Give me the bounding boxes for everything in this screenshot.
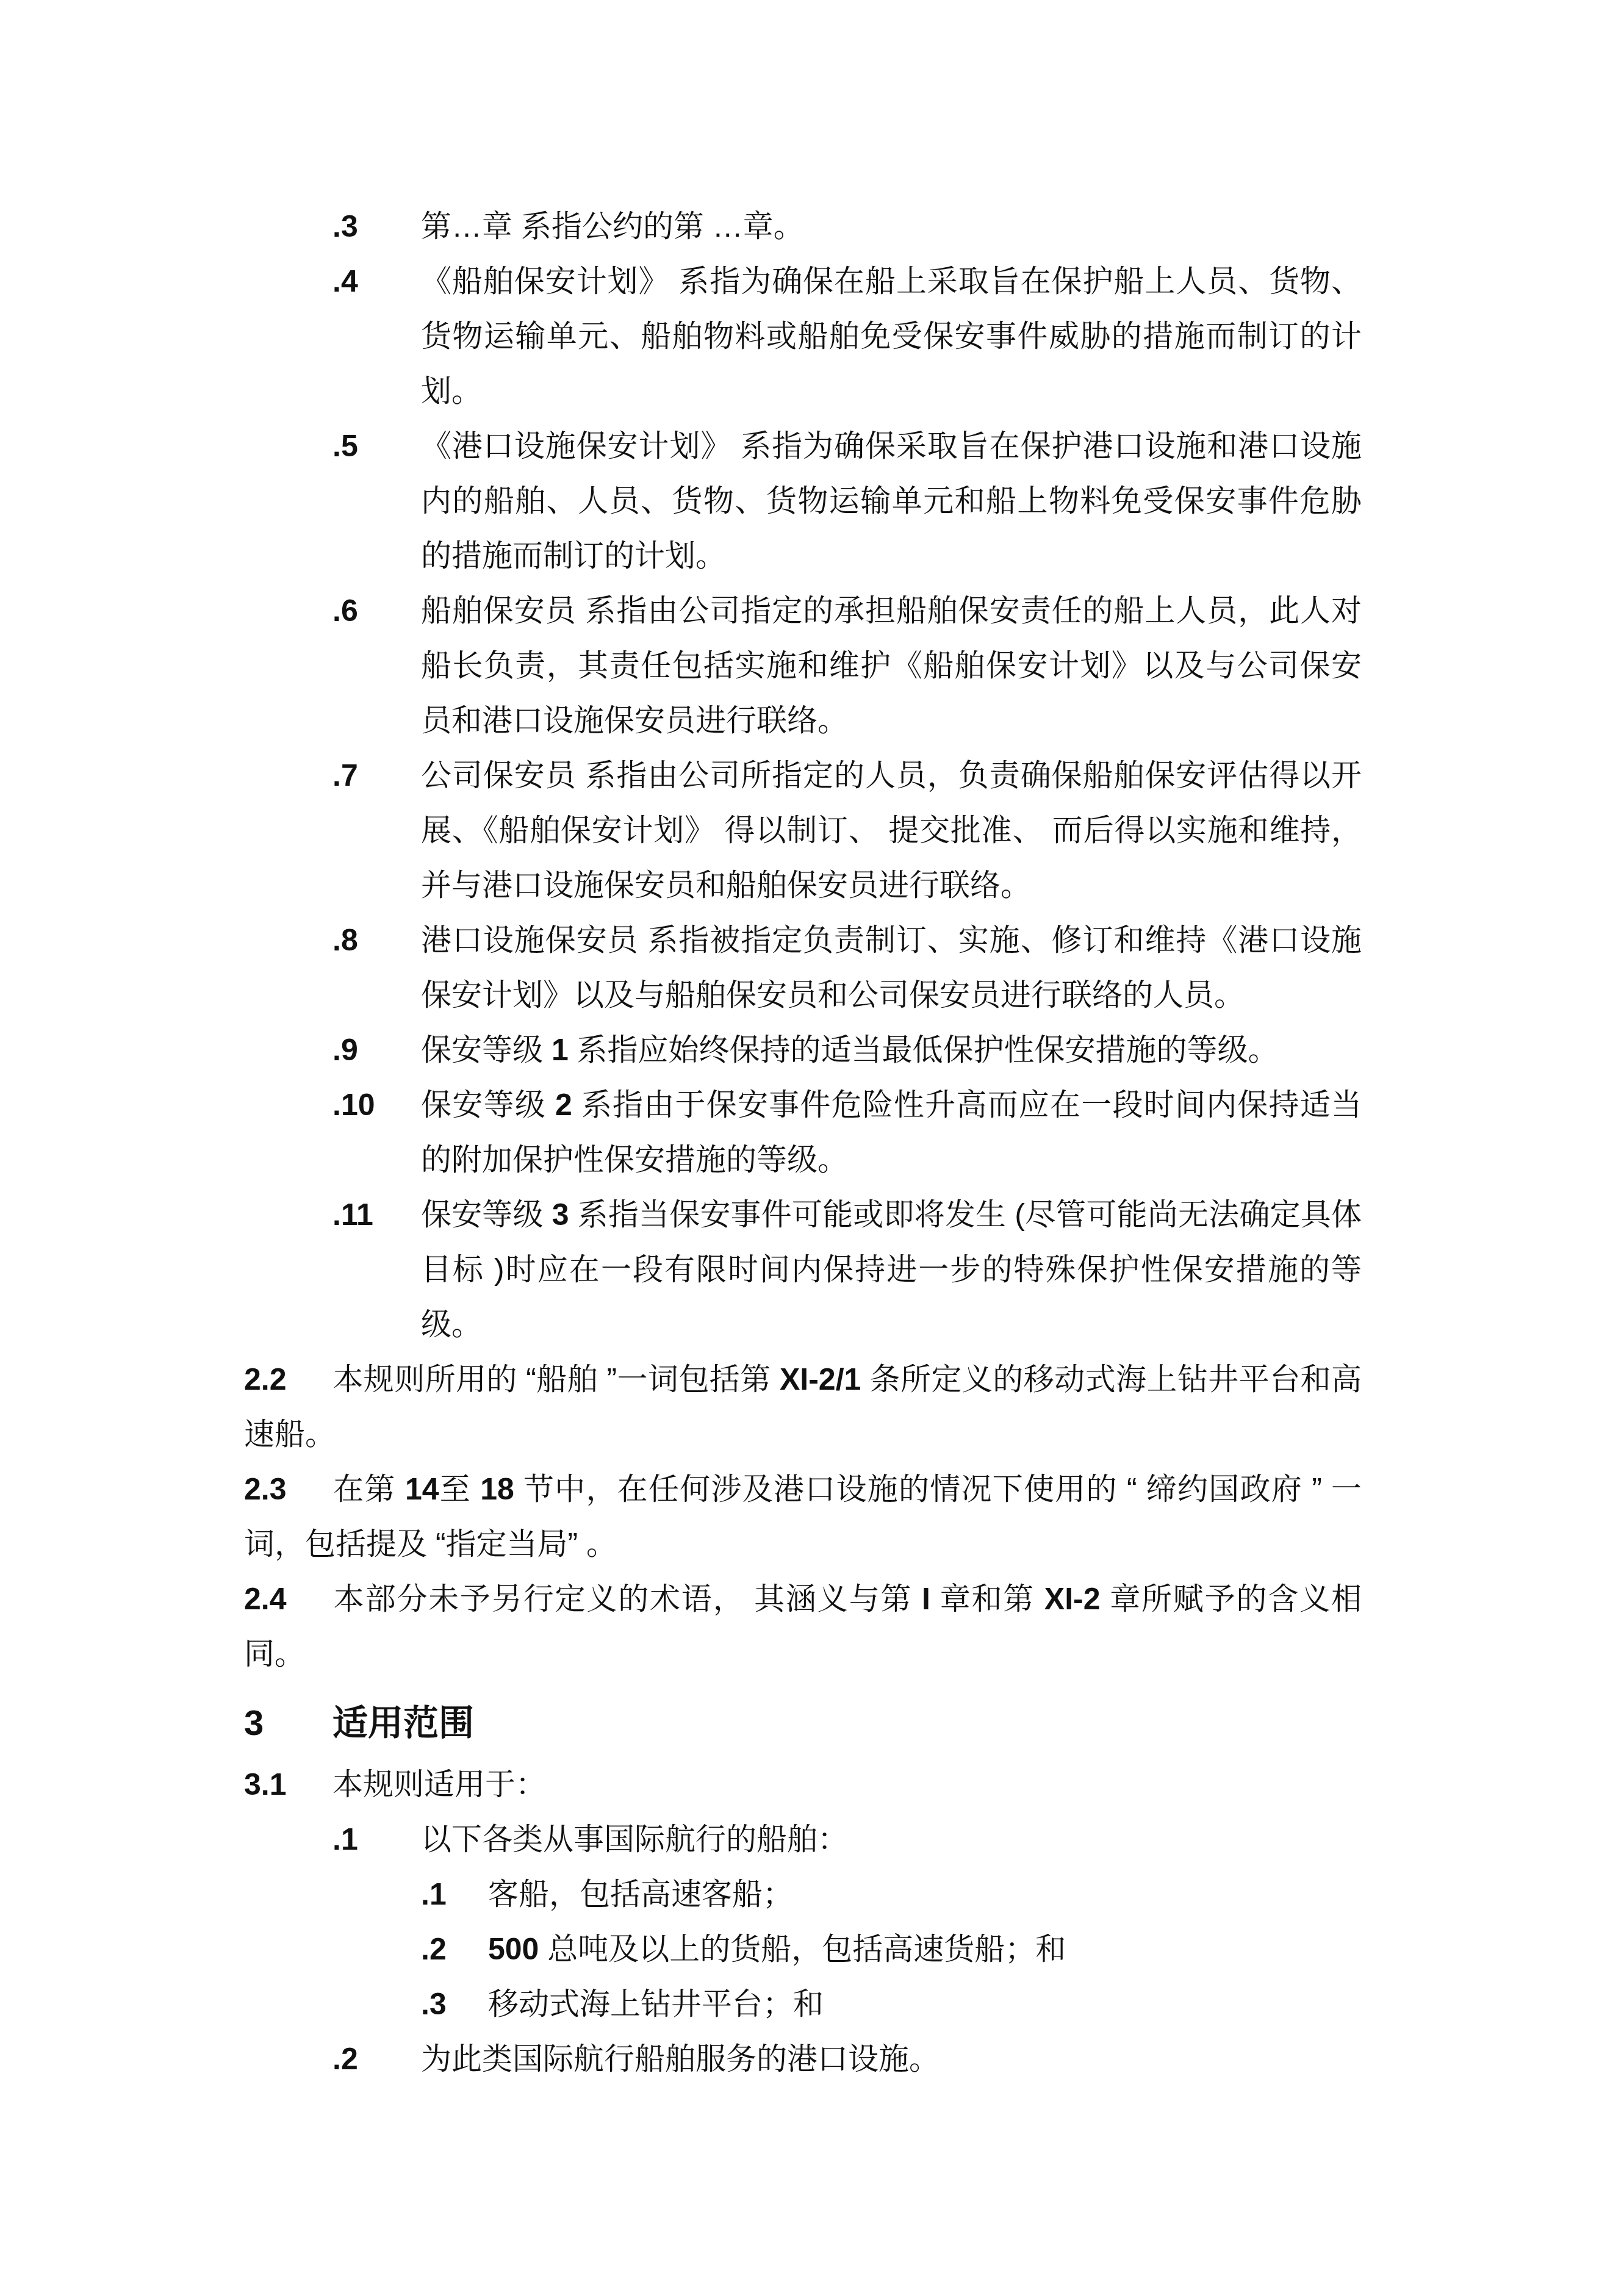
list-item-1: .1以下各类从事国际航行的船舶： [244, 1812, 1362, 1867]
list-item-2: .2为此类国际航行船舶服务的港口设施。 [244, 2031, 1362, 2086]
item-text: 保安等级 1 系指应始终保持的适当最低保护性保安措施的等级。 [421, 1033, 1279, 1067]
definition-item-8: .8港口设施保安员 系指被指定负责制订、实施、修订和维持《港口设施保安计划》以及… [244, 913, 1362, 1022]
definition-item-4: .4《船舶保安计划》 系指为确保在船上采取旨在保护船上人员、货物、货物运输单元、… [244, 254, 1362, 418]
section-heading-3: 3适用范围 [244, 1696, 1362, 1751]
item-number: .3 [332, 199, 358, 254]
item-number: .4 [332, 254, 358, 309]
item-text: 500 总吨及以上的货船，包括高速货船；和 [488, 1932, 1066, 1966]
item-number: .7 [332, 748, 358, 803]
item-text: 船舶保安员 系指由公司指定的承担船舶保安责任的船上人员，此人对船长负责，其责任包… [421, 594, 1362, 738]
item-number: .2 [332, 2031, 358, 2086]
item-number: .10 [332, 1077, 375, 1132]
paragraph-2-3: 2.3在第 14至 18 节中，在任何涉及港口设施的情况下使用的 “ 缔约国政府… [244, 1462, 1362, 1571]
definition-item-3: .3第…章 系指公约的第 …章。 [244, 199, 1362, 254]
section-number: 3 [244, 1696, 332, 1751]
item-text: 港口设施保安员 系指被指定负责制订、实施、修订和维持《港口设施保安计划》以及与船… [421, 923, 1362, 1012]
definition-item-11: .11保安等级 3 系指当保安事件可能或即将发生 (尽管可能尚无法确定具体目标 … [244, 1187, 1362, 1352]
paragraph-text: 本部分未予另行定义的术语， 其涵义与第 I 章和第 XI-2 章所赋予的含义相同… [244, 1582, 1362, 1671]
item-number: .2 [421, 1922, 447, 1977]
paragraph-2-4: 2.4本部分未予另行定义的术语， 其涵义与第 I 章和第 XI-2 章所赋予的含… [244, 1571, 1362, 1681]
sublist-item-1: .1客船，包括高速客船； [244, 1867, 1362, 1922]
definition-item-6: .6船舶保安员 系指由公司指定的承担船舶保安责任的船上人员，此人对船长负责，其责… [244, 583, 1362, 748]
item-number: .6 [332, 583, 358, 638]
item-text: 保安等级 3 系指当保安事件可能或即将发生 (尽管可能尚无法确定具体目标 )时应… [421, 1198, 1362, 1341]
paragraph-number: 2.4 [244, 1571, 332, 1626]
item-text: 第…章 系指公约的第 …章。 [421, 209, 804, 243]
sublist-item-2: .2500 总吨及以上的货船，包括高速货船；和 [244, 1922, 1362, 1977]
item-number: .5 [332, 418, 358, 473]
item-text: 《船舶保安计划》 系指为确保在船上采取旨在保护船上人员、货物、货物运输单元、船舶… [421, 264, 1362, 408]
document-page: .3第…章 系指公约的第 …章。 .4《船舶保安计划》 系指为确保在船上采取旨在… [0, 0, 1624, 2295]
item-text: 《港口设施保安计划》 系指为确保采取旨在保护港口设施和港口设施内的船舶、人员、货… [421, 429, 1362, 573]
sublist-item-3: .3移动式海上钻井平台；和 [244, 1977, 1362, 2031]
item-text: 保安等级 2 系指由于保安事件危险性升高而应在一段时间内保持适当的附加保护性保安… [421, 1088, 1362, 1177]
definition-item-7: .7公司保安员 系指由公司所指定的人员，负责确保船舶保安评估得以开展、《船舶保安… [244, 748, 1362, 913]
item-text: 移动式海上钻井平台；和 [488, 1987, 824, 2021]
item-number: .3 [421, 1977, 447, 2031]
paragraph-number: 3.1 [244, 1757, 332, 1812]
definition-item-9: .9保安等级 1 系指应始终保持的适当最低保护性保安措施的等级。 [244, 1022, 1362, 1077]
item-number: .8 [332, 913, 358, 968]
paragraph-2-2: 2.2本规则所用的 “船舶 ”一词包括第 XI-2/1 条所定义的移动式海上钻井… [244, 1352, 1362, 1462]
item-number: .1 [421, 1867, 447, 1922]
definition-item-10: .10保安等级 2 系指由于保安事件危险性升高而应在一段时间内保持适当的附加保护… [244, 1077, 1362, 1187]
paragraph-text: 本规则适用于： [332, 1767, 546, 1801]
definition-item-5: .5《港口设施保安计划》 系指为确保采取旨在保护港口设施和港口设施内的船舶、人员… [244, 418, 1362, 583]
paragraph-3-1: 3.1本规则适用于： [244, 1757, 1362, 1812]
paragraph-number: 2.3 [244, 1462, 332, 1517]
item-number: .9 [332, 1022, 358, 1077]
item-text: 为此类国际航行船舶服务的港口设施。 [421, 2042, 940, 2076]
item-text: 客船，包括高速客船； [488, 1877, 793, 1911]
paragraph-number: 2.2 [244, 1352, 332, 1407]
item-number: .11 [332, 1187, 373, 1242]
section-title: 适用范围 [332, 1703, 474, 1743]
paragraph-text: 在第 14至 18 节中，在任何涉及港口设施的情况下使用的 “ 缔约国政府 ” … [244, 1472, 1362, 1561]
item-text: 公司保安员 系指由公司所指定的人员，负责确保船舶保安评估得以开展、《船舶保安计划… [421, 758, 1362, 902]
item-number: .1 [332, 1812, 358, 1867]
paragraph-text: 本规则所用的 “船舶 ”一词包括第 XI-2/1 条所定义的移动式海上钻井平台和… [244, 1362, 1362, 1451]
item-text: 以下各类从事国际航行的船舶： [421, 1822, 848, 1856]
